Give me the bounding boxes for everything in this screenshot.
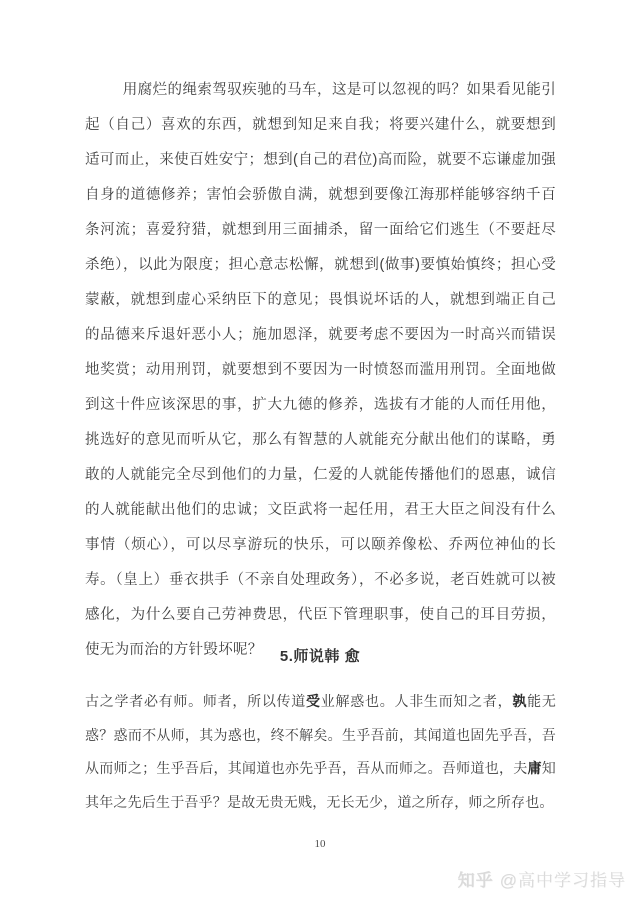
watermark-handle: @高中学习指导 — [500, 871, 626, 890]
zhihu-logo-text: 知乎 — [458, 871, 494, 890]
zhihu-watermark: 知乎@高中学习指导 — [458, 866, 626, 891]
section-title: 5.师说韩 愈 — [0, 645, 640, 666]
document-page: 用腐烂的绳索驾驭疾驰的马车，这是可以忽视的吗？如果看见能引起（自己）喜欢的东西，… — [0, 0, 640, 905]
classical-text-paragraph: 古之学者必有师。师者，所以传道受业解惑也。人非生而知之者，孰能无惑？惑而不从师，… — [85, 685, 556, 819]
page-number: 10 — [0, 838, 640, 850]
translation-paragraph: 用腐烂的绳索驾驭疾驰的马车，这是可以忽视的吗？如果看见能引起（自己）喜欢的东西，… — [85, 73, 556, 668]
